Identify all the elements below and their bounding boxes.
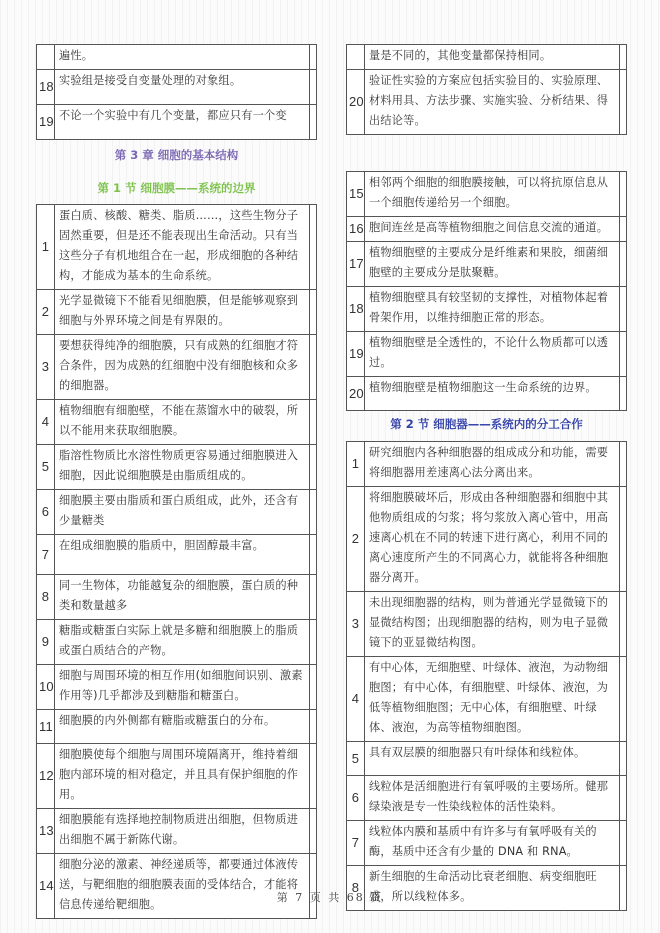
item-number: 2 <box>37 290 55 335</box>
item-text: 光学显微镜下不能看见细胞膜，但是能够观察到细胞与外界环境之间是有界限的。 <box>55 290 310 335</box>
table-row: 4植物细胞有细胞壁，不能在蒸馏水中的破裂，所以不能用来获取细胞膜。 <box>37 400 317 445</box>
table-row: 19植物细胞壁是全透性的，不论什么物质都可以透过。 <box>347 332 627 377</box>
table-row: 3要想获得纯净的细胞膜，只有成熟的红细胞才符合条件，因为成熟的红细胞中没有细胞核… <box>37 335 317 400</box>
item-number: 5 <box>347 742 365 776</box>
blank-cell <box>310 620 317 665</box>
table-row: 2将细胞膜破坏后，形成由各种细胞器和细胞中其他物质组成的匀浆；将匀浆放入离心管中… <box>347 487 627 592</box>
table-row: 11细胞膜的内外侧都有糖脂或糖蛋白的分布。 <box>37 710 317 744</box>
item-text: 植物细胞壁具有较坚韧的支撑性，对植物体起着骨架作用，以维持细胞正常的形态。 <box>365 287 620 332</box>
item-text: 细胞分泌的激素、神经递质等，都要通过体液传送，与靶细胞的细胞膜表面的受体结合，才… <box>55 854 310 919</box>
table-row: 18实验组是接受自变量处理的对象组。 <box>37 70 317 105</box>
item-text: 相邻两个细胞的细胞膜接触，可以将抗原信息从一个细胞传递给另一个细胞。 <box>365 172 620 217</box>
table-row: 20验证性实验的方案应包括实验目的、实验原理、材料用具、方法步骤、实施实验、分析… <box>347 70 627 135</box>
table-row: 15相邻两个细胞的细胞膜接触，可以将抗原信息从一个细胞传递给另一个细胞。 <box>347 172 627 217</box>
item-number: 8 <box>37 575 55 620</box>
table-row: 7在组成细胞膜的脂质中，胆固醇最丰富。 <box>37 535 317 575</box>
right-continued-table: 量是不同的，其他变量都保持相同。20验证性实验的方案应包括实验目的、实验原理、材… <box>346 44 627 135</box>
item-text: 线粒体内膜和基质中有许多与有氧呼吸有关的酶，基质中还含有少量的 DNA 和 RN… <box>365 821 620 866</box>
item-text: 细胞膜使每个细胞与周围环境隔离开，维持着细胞内部环境的相对稳定，并且具有保护细胞… <box>55 744 310 809</box>
blank-cell <box>310 335 317 400</box>
item-number: 7 <box>347 821 365 866</box>
item-text: 量是不同的，其他变量都保持相同。 <box>365 45 620 70</box>
blank-cell <box>620 742 627 776</box>
table-row: 12细胞膜使每个细胞与周围环境隔离开，维持着细胞内部环境的相对稳定，并且具有保护… <box>37 744 317 809</box>
blank-cell <box>620 821 627 866</box>
table-row: 遍性。 <box>37 45 317 70</box>
item-text: 将细胞膜破坏后，形成由各种细胞器和细胞中其他物质组成的匀浆；将匀浆放入离心管中，… <box>365 487 620 592</box>
blank-cell <box>620 657 627 742</box>
item-text: 植物细胞有细胞壁，不能在蒸馏水中的破裂，所以不能用来获取细胞膜。 <box>55 400 310 445</box>
item-text: 要想获得纯净的细胞膜，只有成熟的红细胞才符合条件，因为成熟的红细胞中没有细胞核和… <box>55 335 310 400</box>
table-row: 16胞间连丝是高等植物细胞之间信息交流的通道。 <box>347 217 627 242</box>
item-number: 13 <box>37 809 55 854</box>
item-number: 20 <box>347 377 365 411</box>
item-number: 7 <box>37 535 55 575</box>
table-row: 4有中心体，无细胞壁、叶绿体、液泡，为动物细胞图；有中心体，有细胞壁、叶绿体、液… <box>347 657 627 742</box>
table-row: 10细胞与周围环境的相互作用(如细胞间识别、激素作用等)几乎都涉及到糖脂和糖蛋白… <box>37 665 317 710</box>
item-text: 胞间连丝是高等植物细胞之间信息交流的通道。 <box>365 217 620 242</box>
section2-table: 1研究细胞内各种细胞器的组成成分和功能，需要将细胞器用差速离心法分离出来。2将细… <box>346 441 627 911</box>
item-text: 具有双层膜的细胞器只有叶绿体和线粒体。 <box>365 742 620 776</box>
table-row: 5具有双层膜的细胞器只有叶绿体和线粒体。 <box>347 742 627 776</box>
blank-cell <box>620 70 627 135</box>
item-number: 18 <box>37 70 55 105</box>
item-text: 糖脂或糖蛋白实际上就是多糖和细胞膜上的脂质或蛋白质结合的产物。 <box>55 620 310 665</box>
blank-cell <box>310 105 317 140</box>
item-text: 在组成细胞膜的脂质中，胆固醇最丰富。 <box>55 535 310 575</box>
chapter-heading: 第 3 章 细胞的基本结构 <box>36 147 317 163</box>
item-number: 6 <box>347 776 365 821</box>
item-text: 线粒体是活细胞进行有氧呼吸的主要场所。健那绿染液是专一性染线粒体的活性染料。 <box>365 776 620 821</box>
blank-cell <box>620 332 627 377</box>
item-text: 植物细胞壁的主要成分是纤维素和果胶，细菌细胞壁的主要成分是肽聚糖。 <box>365 242 620 287</box>
blank-cell <box>310 45 317 70</box>
blank-cell <box>310 290 317 335</box>
item-number: 4 <box>37 400 55 445</box>
item-number: 19 <box>347 332 365 377</box>
item-number: 1 <box>347 442 365 487</box>
blank-cell <box>310 854 317 919</box>
blank-cell <box>620 217 627 242</box>
blank-cell <box>620 45 627 70</box>
item-text: 细胞与周围环境的相互作用(如细胞间识别、激素作用等)几乎都涉及到糖脂和糖蛋白。 <box>55 665 310 710</box>
item-number: 17 <box>347 242 365 287</box>
item-number: 1 <box>37 205 55 290</box>
table-row: 17植物细胞壁的主要成分是纤维素和果胶，细菌细胞壁的主要成分是肽聚糖。 <box>347 242 627 287</box>
item-number: 14 <box>37 854 55 919</box>
item-text: 蛋白质、核酸、糖类、脂质……，这些生物分子固然重要，但是还不能表现出生命活动。只… <box>55 205 310 290</box>
blank-cell <box>620 592 627 657</box>
table-row: 9糖脂或糖蛋白实际上就是多糖和细胞膜上的脂质或蛋白质结合的产物。 <box>37 620 317 665</box>
item-text: 不论一个实验中有几个变量，都应只有一个变 <box>55 105 310 140</box>
item-number: 20 <box>347 70 365 135</box>
blank-cell <box>310 575 317 620</box>
blank-cell <box>620 442 627 487</box>
item-number: 12 <box>37 744 55 809</box>
left-continued-table: 遍性。18实验组是接受自变量处理的对象组。19不论一个实验中有几个变量，都应只有… <box>36 44 317 140</box>
blank-cell <box>310 809 317 854</box>
item-number: 6 <box>37 490 55 535</box>
table-row: 5脂溶性物质比水溶性物质更容易通过细胞膜进入细胞，因此说细胞膜是由脂质组成的。 <box>37 445 317 490</box>
blank-cell <box>620 242 627 287</box>
item-text: 细胞膜主要由脂质和蛋白质组成，此外，还含有少量糖类 <box>55 490 310 535</box>
item-text: 细胞膜的内外侧都有糖脂或糖蛋白的分布。 <box>55 710 310 744</box>
blank-cell <box>310 205 317 290</box>
section2-heading: 第 2 节 细胞器——系统内的分工合作 <box>346 416 627 432</box>
page-footer: 第 7 页 共 68 页 <box>0 889 660 905</box>
item-number: 10 <box>37 665 55 710</box>
item-number: 11 <box>37 710 55 744</box>
section1-heading: 第 1 节 细胞膜——系统的边界 <box>36 180 317 196</box>
blank-cell <box>310 70 317 105</box>
table-row: 6线粒体是活细胞进行有氧呼吸的主要场所。健那绿染液是专一性染线粒体的活性染料。 <box>347 776 627 821</box>
item-text: 植物细胞壁是全透性的，不论什么物质都可以透过。 <box>365 332 620 377</box>
item-text: 未出现细胞器的结构，则为普通光学显微镜下的显微结构图；出现细胞器的结构，则为电子… <box>365 592 620 657</box>
table-row: 6细胞膜主要由脂质和蛋白质组成，此外，还含有少量糖类 <box>37 490 317 535</box>
table-row: 1蛋白质、核酸、糖类、脂质……，这些生物分子固然重要，但是还不能表现出生命活动。… <box>37 205 317 290</box>
table-row: 1研究细胞内各种细胞器的组成成分和功能，需要将细胞器用差速离心法分离出来。 <box>347 442 627 487</box>
item-number: 3 <box>37 335 55 400</box>
table-row: 7线粒体内膜和基质中有许多与有氧呼吸有关的酶，基质中还含有少量的 DNA 和 R… <box>347 821 627 866</box>
table-row: 14细胞分泌的激素、神经递质等，都要通过体液传送，与靶细胞的细胞膜表面的受体结合… <box>37 854 317 919</box>
item-number <box>37 45 55 70</box>
item-number: 18 <box>347 287 365 332</box>
item-text: 植物细胞壁是植物细胞这一生命系统的边界。 <box>365 377 620 411</box>
item-text: 研究细胞内各种细胞器的组成成分和功能，需要将细胞器用差速离心法分离出来。 <box>365 442 620 487</box>
blank-cell <box>620 776 627 821</box>
item-text: 遍性。 <box>55 45 310 70</box>
section1-table-left: 1蛋白质、核酸、糖类、脂质……，这些生物分子固然重要，但是还不能表现出生命活动。… <box>36 204 317 919</box>
blank-cell <box>310 400 317 445</box>
item-number <box>347 45 365 70</box>
item-text: 脂溶性物质比水溶性物质更容易通过细胞膜进入细胞，因此说细胞膜是由脂质组成的。 <box>55 445 310 490</box>
blank-cell <box>310 665 317 710</box>
item-number: 9 <box>37 620 55 665</box>
item-number: 16 <box>347 217 365 242</box>
blank-cell <box>310 490 317 535</box>
item-number: 5 <box>37 445 55 490</box>
item-text: 验证性实验的方案应包括实验目的、实验原理、材料用具、方法步骤、实施实验、分析结果… <box>365 70 620 135</box>
item-number: 3 <box>347 592 365 657</box>
table-row: 量是不同的，其他变量都保持相同。 <box>347 45 627 70</box>
blank-cell <box>620 287 627 332</box>
item-number: 15 <box>347 172 365 217</box>
item-text: 细胞膜能有选择地控制物质进出细胞，但物质进出细胞不属于新陈代谢。 <box>55 809 310 854</box>
item-number: 2 <box>347 487 365 592</box>
table-row: 18植物细胞壁具有较坚韧的支撑性，对植物体起着骨架作用，以维持细胞正常的形态。 <box>347 287 627 332</box>
item-number: 19 <box>37 105 55 140</box>
table-row: 13细胞膜能有选择地控制物质进出细胞，但物质进出细胞不属于新陈代谢。 <box>37 809 317 854</box>
item-text: 有中心体，无细胞壁、叶绿体、液泡，为动物细胞图；有中心体，有细胞壁、叶绿体、液泡… <box>365 657 620 742</box>
blank-cell <box>310 445 317 490</box>
item-number: 4 <box>347 657 365 742</box>
table-row: 20植物细胞壁是植物细胞这一生命系统的边界。 <box>347 377 627 411</box>
table-row: 2光学显微镜下不能看见细胞膜，但是能够观察到细胞与外界环境之间是有界限的。 <box>37 290 317 335</box>
blank-cell <box>620 487 627 592</box>
blank-cell <box>620 172 627 217</box>
blank-cell <box>620 377 627 411</box>
blank-cell <box>310 535 317 575</box>
blank-cell <box>310 744 317 809</box>
section1-table-right: 15相邻两个细胞的细胞膜接触，可以将抗原信息从一个细胞传递给另一个细胞。16胞间… <box>346 171 627 411</box>
item-text: 同一生物体，功能越复杂的细胞膜，蛋白质的种类和数量越多 <box>55 575 310 620</box>
table-row: 3未出现细胞器的结构，则为普通光学显微镜下的显微结构图；出现细胞器的结构，则为电… <box>347 592 627 657</box>
blank-cell <box>310 710 317 744</box>
table-row: 19不论一个实验中有几个变量，都应只有一个变 <box>37 105 317 140</box>
table-row: 8同一生物体，功能越复杂的细胞膜，蛋白质的种类和数量越多 <box>37 575 317 620</box>
item-text: 实验组是接受自变量处理的对象组。 <box>55 70 310 105</box>
